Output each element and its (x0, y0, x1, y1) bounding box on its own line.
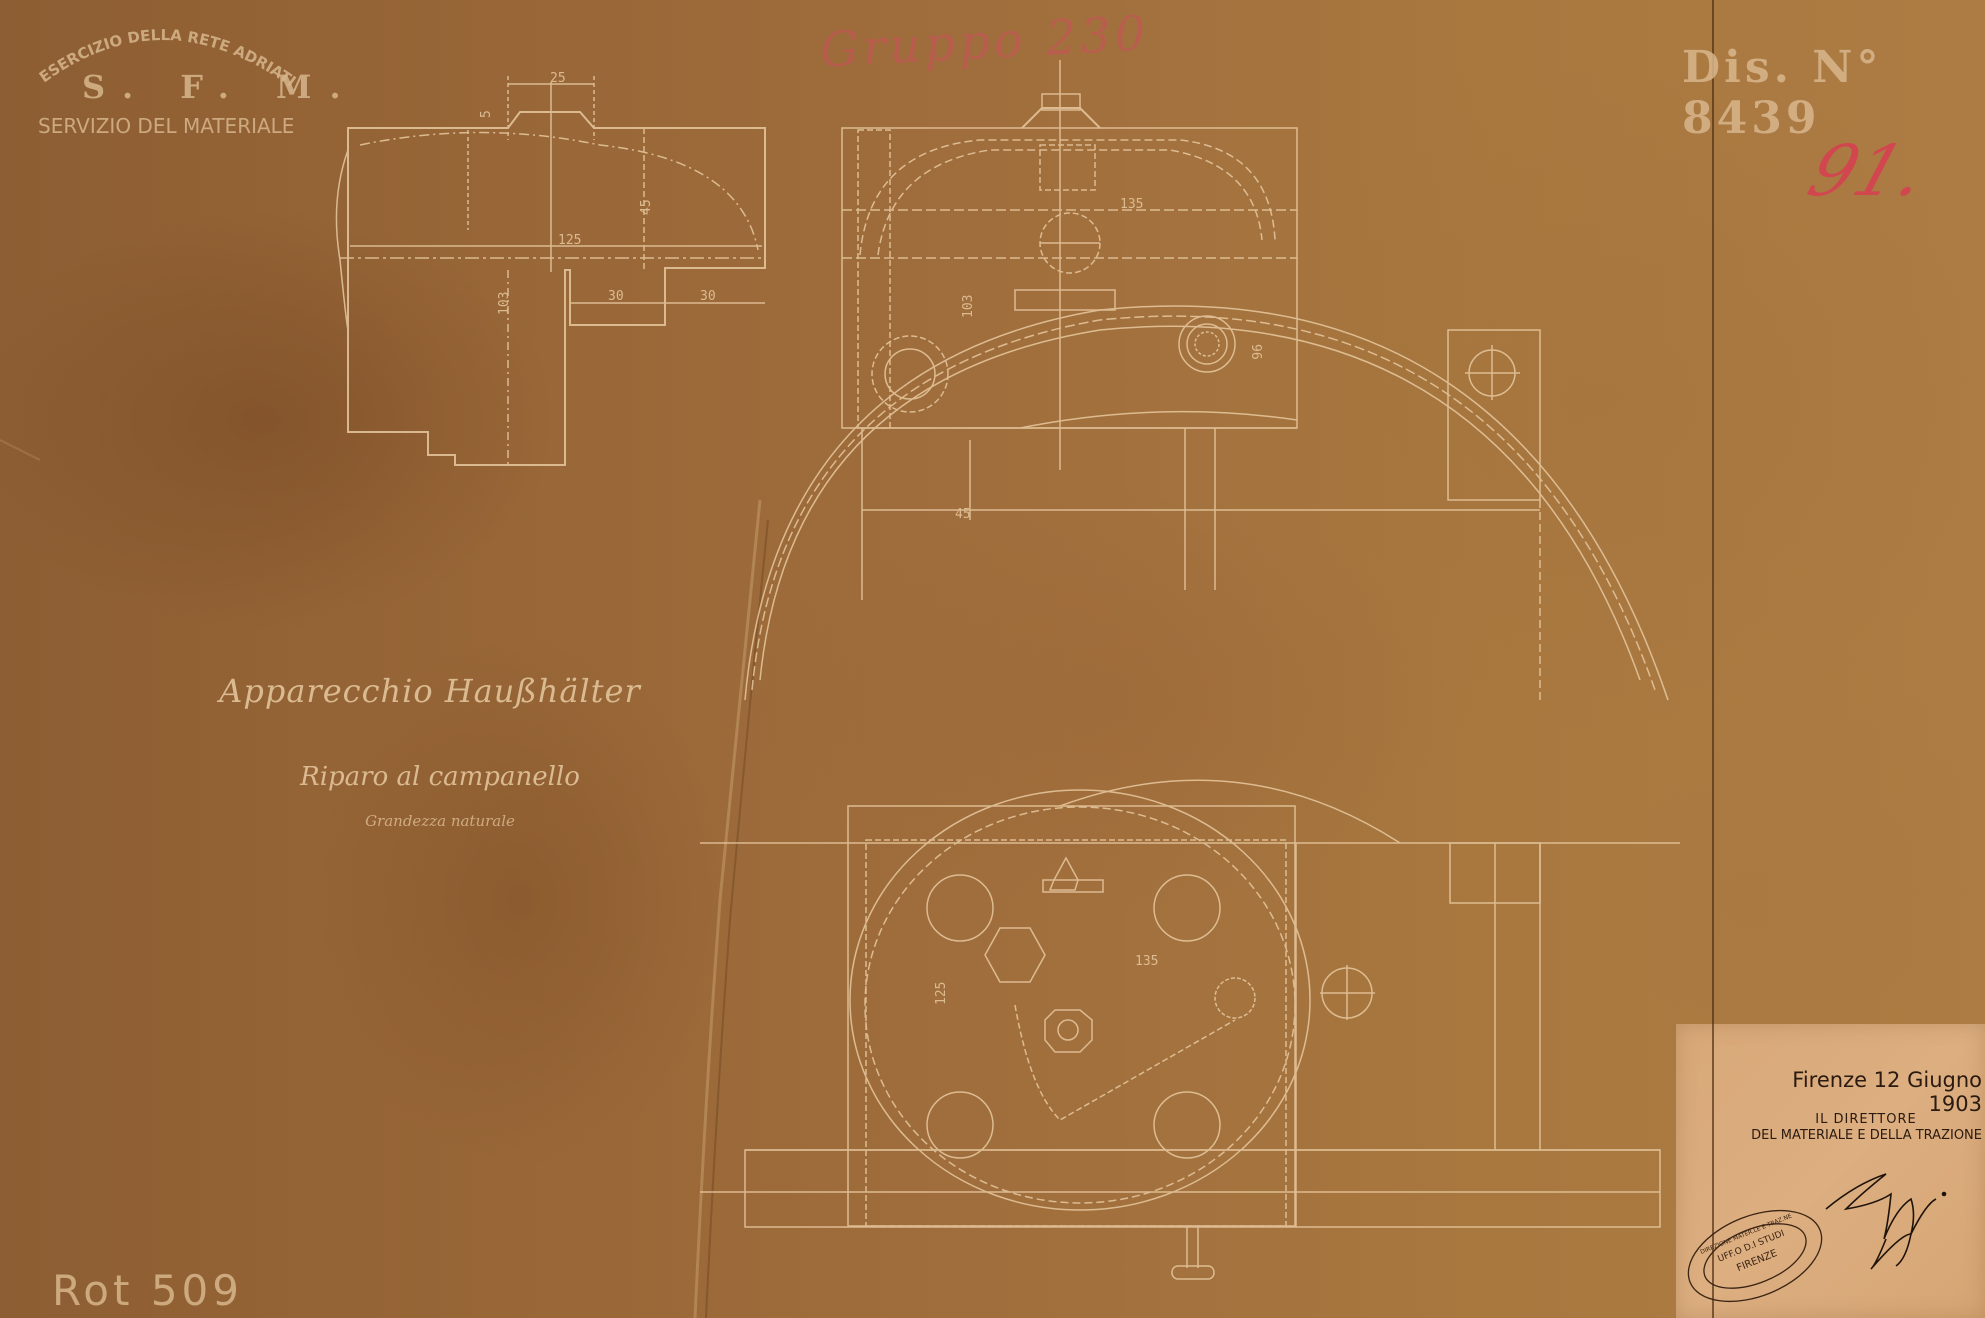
svg-text:103: 103 (497, 292, 512, 315)
top-left-view (336, 76, 765, 465)
drawing-number-value: 8439 (1682, 93, 1820, 144)
approval-role-line1: IL DIRETTORE (1766, 1112, 1966, 1127)
drawing-number: Dis. N° 8439 (1682, 42, 1985, 144)
drawing-number-label: Dis. N° (1682, 42, 1883, 93)
approval-role-line2: DEL MATERIALE E DELLA TRAZIONE (1732, 1128, 1982, 1143)
svg-text:135: 135 (1120, 197, 1143, 212)
drawing-subtitle: Riparo al campanello (240, 762, 640, 792)
svg-text:25: 25 (550, 71, 566, 86)
svg-text:125: 125 (934, 982, 949, 1005)
dimension-labels-bottom: 125 135 (934, 954, 1158, 1005)
stamp-initials: S. F. M. (82, 68, 359, 106)
roll-number-label: Rot (52, 1266, 133, 1315)
dimension-labels-right: 135 103 96 45 (955, 197, 1263, 522)
svg-text:96: 96 (1248, 344, 1263, 360)
stamp-department: SERVIZIO DEL MATERIALE (38, 114, 294, 138)
roll-number-value: 509 (151, 1266, 243, 1315)
dimension-labels-left: 25 5 125 45 103 30 30 (479, 71, 716, 315)
svg-text:45: 45 (955, 507, 971, 522)
drawing-scale: Grandezza naturale (300, 812, 580, 830)
svg-text:30: 30 (608, 289, 624, 304)
office-oval-stamp: UFF.O D.I STUDI FIRENZE DIREZIONE MATER.… (1680, 1204, 1830, 1308)
svg-text:5: 5 (479, 110, 494, 118)
director-signature (1816, 1154, 1976, 1274)
approval-place-date: Firenze 12 Giugno 1903 (1736, 1068, 1982, 1116)
svg-text:125: 125 (558, 233, 581, 248)
top-right-view (842, 60, 1540, 600)
drawing-title: Apparecchio Haußhälter (180, 672, 680, 710)
bottom-view (700, 780, 1680, 1279)
svg-text:30: 30 (700, 289, 716, 304)
roll-number: Rot 509 (52, 1266, 243, 1315)
bell-arc (745, 306, 1668, 700)
svg-text:103: 103 (961, 295, 976, 318)
approval-label: Firenze 12 Giugno 1903 IL DIRETTORE DEL … (1676, 1024, 1985, 1318)
svg-text:135: 135 (1135, 954, 1158, 969)
svg-text:45: 45 (639, 199, 654, 215)
